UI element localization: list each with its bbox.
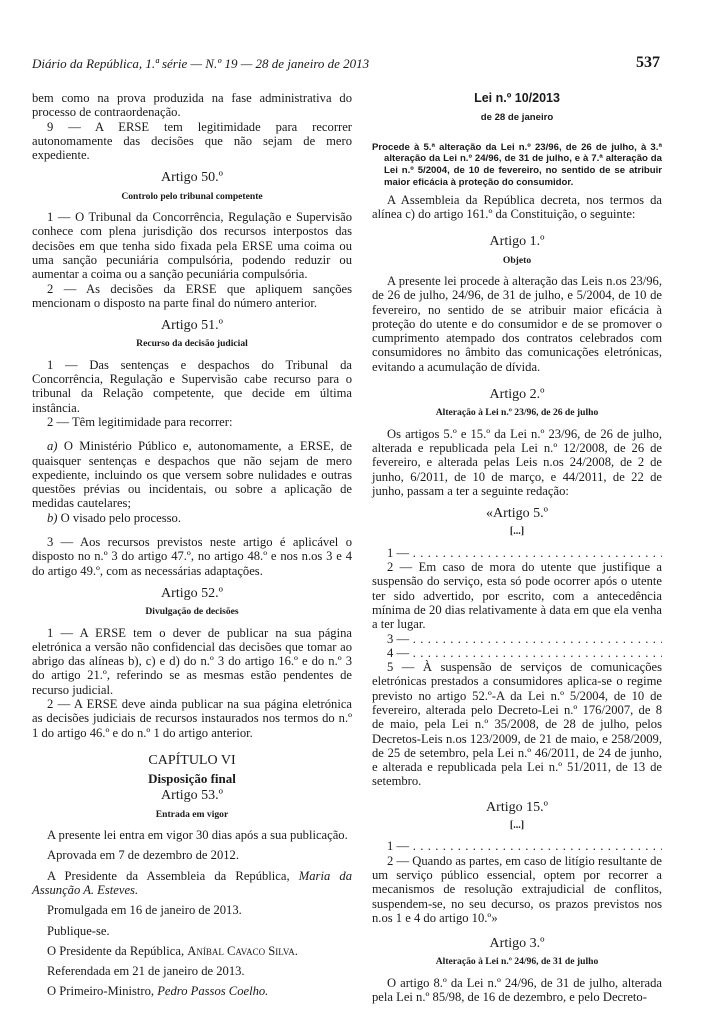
countersigned-date: Referendada em 21 de janeiro de 2013. — [32, 964, 352, 978]
right-column: Lei n.º 10/2013 de 28 de janeiro Procede… — [372, 91, 662, 1004]
left-column: bem como na prova produzida na fase admi… — [32, 91, 352, 999]
article-51-paragraph-3: 3 — Aos recursos previstos neste artigo … — [32, 535, 352, 578]
article-50-subtitle: Controlo pelo tribunal competente — [32, 190, 352, 204]
spacer — [32, 525, 352, 535]
prime-minister-signature: O Primeiro-Ministro, Pedro Passos Coelho… — [32, 984, 352, 998]
assembly-president-label: A Presidente da Assembleia da República, — [47, 869, 299, 883]
quoted-article-15-paragraph-2: 2 — Quando as partes, em caso de litígio… — [372, 854, 662, 925]
quoted-article-5-paragraph-2: 2 — Em caso de mora do utente que justif… — [372, 560, 662, 631]
page-header: Diário da República, 1.ª série — N.º 19 … — [32, 56, 660, 76]
article-53-paragraph-1: A presente lei entra em vigor 30 dias ap… — [32, 828, 352, 842]
article-51-item-a: a) O Ministério Público e, autonomamente… — [32, 439, 352, 510]
law-intro: A Assembleia da República decreta, nos t… — [372, 193, 662, 222]
article-2-subtitle: Alteração à Lei n.º 23/96, de 26 de julh… — [372, 406, 662, 420]
article-51-item-b: b) O visado pelo processo. — [32, 511, 352, 525]
article-51-paragraph-1: 1 — Das sentenças e despachos do Tribuna… — [32, 358, 352, 415]
chapter-title: CAPÍTULO VI — [32, 754, 352, 768]
promulgated-date: Promulgada em 16 de janeiro de 2013. — [32, 903, 352, 917]
law-date: de 28 de janeiro — [372, 111, 662, 125]
quoted-article-5-item-4: 4 — — [372, 646, 662, 660]
item-b-text: O visado pelo processo. — [58, 511, 181, 525]
approved-date: Aprovada em 7 de dezembro de 2012. — [32, 848, 352, 862]
article-51-paragraph-2: 2 — Têm legitimidade para recorrer: — [32, 415, 352, 429]
item-a-text: O Ministério Público e, autonomamente, a… — [32, 439, 352, 510]
quoted-article-5-paragraph-5: 5 — À suspensão de serviços de comunicaç… — [372, 660, 662, 789]
article-3-paragraph-1: O artigo 8.º da Lei n.º 24/96, de 31 de … — [372, 976, 662, 1005]
assembly-president-signature: A Presidente da Assembleia da República,… — [32, 869, 352, 898]
quoted-article-5-title: «Artigo 5.º — [372, 507, 662, 521]
quoted-article-15-item-1: 1 — — [372, 839, 662, 853]
quoted-article-5-item-1: 1 — — [372, 546, 662, 560]
quoted-article-5-item-3: 3 — — [372, 632, 662, 646]
quoted-article-5-bracket: [...] — [372, 525, 662, 539]
prime-minister-name: Pedro Passos Coelho. — [157, 984, 268, 998]
article-52-paragraph-2: 2 — A ERSE deve ainda publicar na sua pá… — [32, 697, 352, 740]
article-51-subtitle: Recurso da decisão judicial — [32, 337, 352, 351]
item-b-label: b) — [47, 511, 58, 525]
article-52-title: Artigo 52.º — [32, 587, 352, 601]
running-title: Diário da República, 1.ª série — N.º 19 … — [32, 56, 369, 72]
article-50-paragraph-2: 2 — As decisões da ERSE que apliquem san… — [32, 282, 352, 311]
publish-order: Publique-se. — [32, 924, 352, 938]
article-2-title: Artigo 2.º — [372, 388, 662, 402]
article-50-paragraph-1: 1 — O Tribunal da Concorrência, Regulaçã… — [32, 210, 352, 281]
article-2-paragraph-1: Os artigos 5.º e 15.º da Lei n.º 23/96, … — [372, 427, 662, 498]
article-1-title: Artigo 1.º — [372, 235, 662, 249]
republic-president-name: Aníbal Cavaco Silva. — [187, 944, 298, 958]
spacer — [32, 429, 352, 439]
article-52-paragraph-1: 1 — A ERSE tem o dever de publicar na su… — [32, 626, 352, 697]
item-a-label: a) — [47, 439, 58, 453]
prime-minister-label: O Primeiro-Ministro, — [47, 984, 157, 998]
republic-president-signature: O Presidente da República, Aníbal Cavaco… — [32, 944, 352, 958]
quoted-article-15-bracket: [...] — [372, 819, 662, 833]
paragraph-9: 9 — A ERSE tem legitimidade para recorre… — [32, 120, 352, 163]
republic-president-label: O Presidente da República, — [47, 944, 187, 958]
article-1-paragraph-1: A presente lei procede à alteração das L… — [372, 274, 662, 374]
article-3-subtitle: Alteração à Lei n.º 24/96, de 31 de julh… — [372, 955, 662, 969]
article-53-subtitle: Entrada em vigor — [32, 808, 352, 822]
article-1-subtitle: Objeto — [372, 254, 662, 268]
article-3-title: Artigo 3.º — [372, 937, 662, 951]
quoted-article-15-title: Artigo 15.º — [372, 801, 662, 815]
law-title: Lei n.º 10/2013 — [372, 91, 662, 105]
chapter-subtitle: Disposição final — [32, 772, 352, 786]
article-52-subtitle: Divulgação de decisões — [32, 605, 352, 619]
article-51-title: Artigo 51.º — [32, 319, 352, 333]
article-53-title: Artigo 53.º — [32, 789, 352, 803]
law-summary: Procede à 5.ª alteração da Lei n.º 23/96… — [372, 142, 662, 189]
page-number: 537 — [636, 54, 660, 72]
article-50-title: Artigo 50.º — [32, 171, 352, 185]
paragraph-continuation: bem como na prova produzida na fase admi… — [32, 91, 352, 120]
